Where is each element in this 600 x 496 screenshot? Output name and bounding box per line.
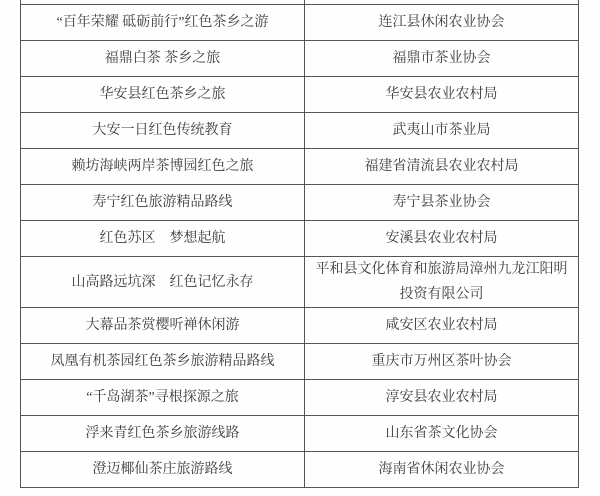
- route-cell: 福鼎白茶 茶乡之旅: [21, 41, 305, 77]
- org-cell: 淳安县农业农村局: [305, 380, 579, 416]
- org-cell: 海南省休闲农业协会: [305, 452, 579, 488]
- org-cell: 平和县文化体育和旅游局漳州九龙江阳明 投资有限公司: [305, 257, 579, 308]
- org-cell: 重庆市万州区茶叶协会: [305, 344, 579, 380]
- table-row: 浮来青红色茶乡旅游线路 山东省茶文化协会: [21, 416, 579, 452]
- org-cell: 寿宁县茶业协会: [305, 185, 579, 221]
- org-cell: 福鼎市茶业协会: [305, 41, 579, 77]
- table-row: 寿宁红色旅游精品路线 寿宁县茶业协会: [21, 185, 579, 221]
- route-cell: 凤凰有机茶园红色茶乡旅游精品路线: [21, 344, 305, 380]
- org-cell: 福建省清流县农业农村局: [305, 149, 579, 185]
- table-row: 山高路远坑深 红色记忆永存 平和县文化体育和旅游局漳州九龙江阳明 投资有限公司: [21, 257, 579, 308]
- route-cell: 澄迈椰仙茶庄旅游路线: [21, 452, 305, 488]
- route-cell: 大安一日红色传统教育: [21, 113, 305, 149]
- route-cell: 山高路远坑深 红色记忆永存: [21, 257, 305, 308]
- route-cell: 红色苏区 梦想起航: [21, 221, 305, 257]
- route-cell: 寿宁红色旅游精品路线: [21, 185, 305, 221]
- page: “百年荣耀 砥砺前行”红色茶乡之游 连江县休闲农业协会 福鼎白茶 茶乡之旅 福鼎…: [0, 0, 600, 496]
- org-cell: 武夷山市茶业局: [305, 113, 579, 149]
- table-row: 大安一日红色传统教育 武夷山市茶业局: [21, 113, 579, 149]
- table-row: “百年荣耀 砥砺前行”红色茶乡之游 连江县休闲农业协会: [21, 5, 579, 41]
- route-cell: 赖坊海峡两岸茶博园红色之旅: [21, 149, 305, 185]
- table-row: 红色苏区 梦想起航 安溪县农业农村局: [21, 221, 579, 257]
- route-cell: 浮来青红色茶乡旅游线路: [21, 416, 305, 452]
- org-cell: 华安县农业农村局: [305, 77, 579, 113]
- table-row: 赖坊海峡两岸茶博园红色之旅 福建省清流县农业农村局: [21, 149, 579, 185]
- route-cell: “百年荣耀 砥砺前行”红色茶乡之游: [21, 5, 305, 41]
- table-wrapper: “百年荣耀 砥砺前行”红色茶乡之游 连江县休闲农业协会 福鼎白茶 茶乡之旅 福鼎…: [20, 0, 579, 488]
- routes-table: “百年荣耀 砥砺前行”红色茶乡之游 连江县休闲农业协会 福鼎白茶 茶乡之旅 福鼎…: [20, 0, 579, 488]
- table-row: 澄迈椰仙茶庄旅游路线 海南省休闲农业协会: [21, 452, 579, 488]
- route-cell: “千岛湖茶”寻根探源之旅: [21, 380, 305, 416]
- route-cell: 大幕品茶赏樱听禅休闲游: [21, 308, 305, 344]
- table-row: 凤凰有机茶园红色茶乡旅游精品路线 重庆市万州区茶叶协会: [21, 344, 579, 380]
- table-row: 大幕品茶赏樱听禅休闲游 咸安区农业农村局: [21, 308, 579, 344]
- org-cell: 咸安区农业农村局: [305, 308, 579, 344]
- table-row: 福鼎白茶 茶乡之旅 福鼎市茶业协会: [21, 41, 579, 77]
- table-row: “千岛湖茶”寻根探源之旅 淳安县农业农村局: [21, 380, 579, 416]
- org-cell: 连江县休闲农业协会: [305, 5, 579, 41]
- route-cell: 华安县红色茶乡之旅: [21, 77, 305, 113]
- table-row: 华安县红色茶乡之旅 华安县农业农村局: [21, 77, 579, 113]
- org-cell: 山东省茶文化协会: [305, 416, 579, 452]
- org-cell: 安溪县农业农村局: [305, 221, 579, 257]
